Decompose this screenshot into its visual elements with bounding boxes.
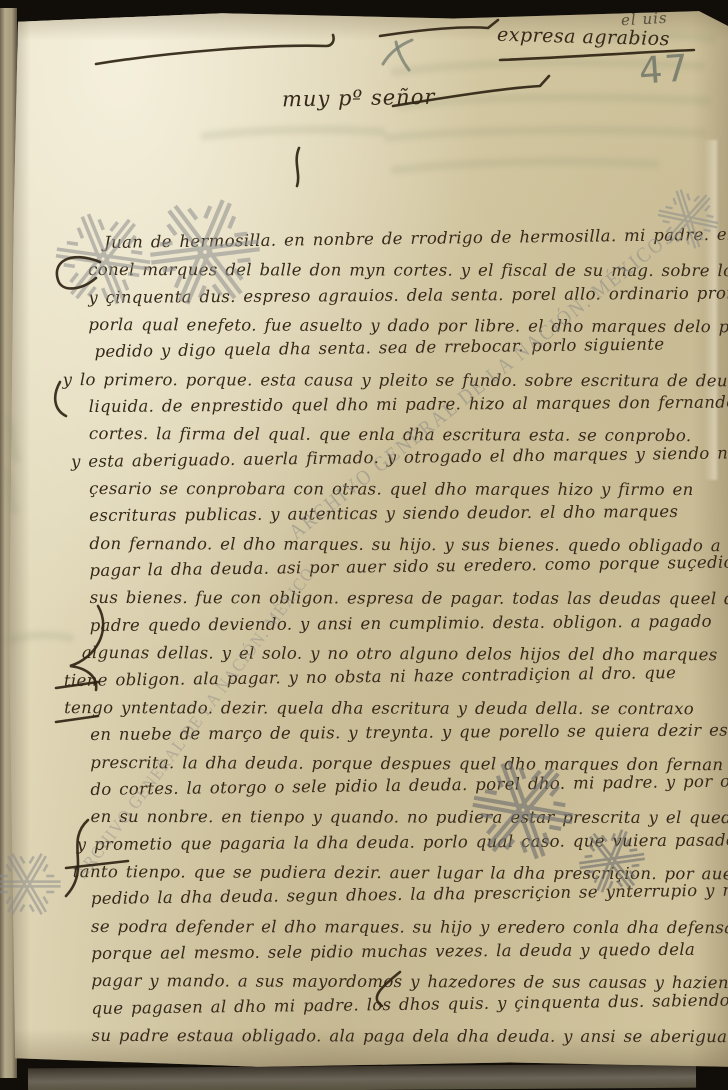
manuscript-body: Juan de hermosilla. en nonbre de rrodrig…: [88, 226, 728, 1049]
manuscript-line: su padre estaua obligado. ala paga dela …: [91, 1022, 728, 1050]
corner-note: el uis: [621, 9, 668, 29]
manuscript-line: escrituras publicas. y autenticas y sien…: [89, 498, 728, 530]
manuscript-line: porque ael mesmo. sele pidio muchas veze…: [91, 935, 728, 967]
manuscript-line: en nuebe de março de quis. y treynta. y …: [90, 717, 728, 749]
manuscript-line: liquida. de enprestido quel dho mi padre…: [89, 389, 728, 421]
manuscript-scan: { "page": { "folio_number": "47", "corne…: [0, 0, 728, 1090]
salutation-heading: muy pº señor: [282, 85, 436, 112]
docket-note: expresa agrabios: [497, 24, 670, 51]
manuscript-line: y çinquenta dus. espreso agrauios. dela …: [88, 279, 728, 311]
manuscript-line: padre quedo deviendo. y ansi en cumplimi…: [90, 607, 728, 639]
manuscript-line: y prometio que pagaria la dha deuda. por…: [77, 826, 728, 858]
folio-number: 47: [638, 46, 692, 92]
scan-bottom-strip: [28, 1064, 696, 1090]
